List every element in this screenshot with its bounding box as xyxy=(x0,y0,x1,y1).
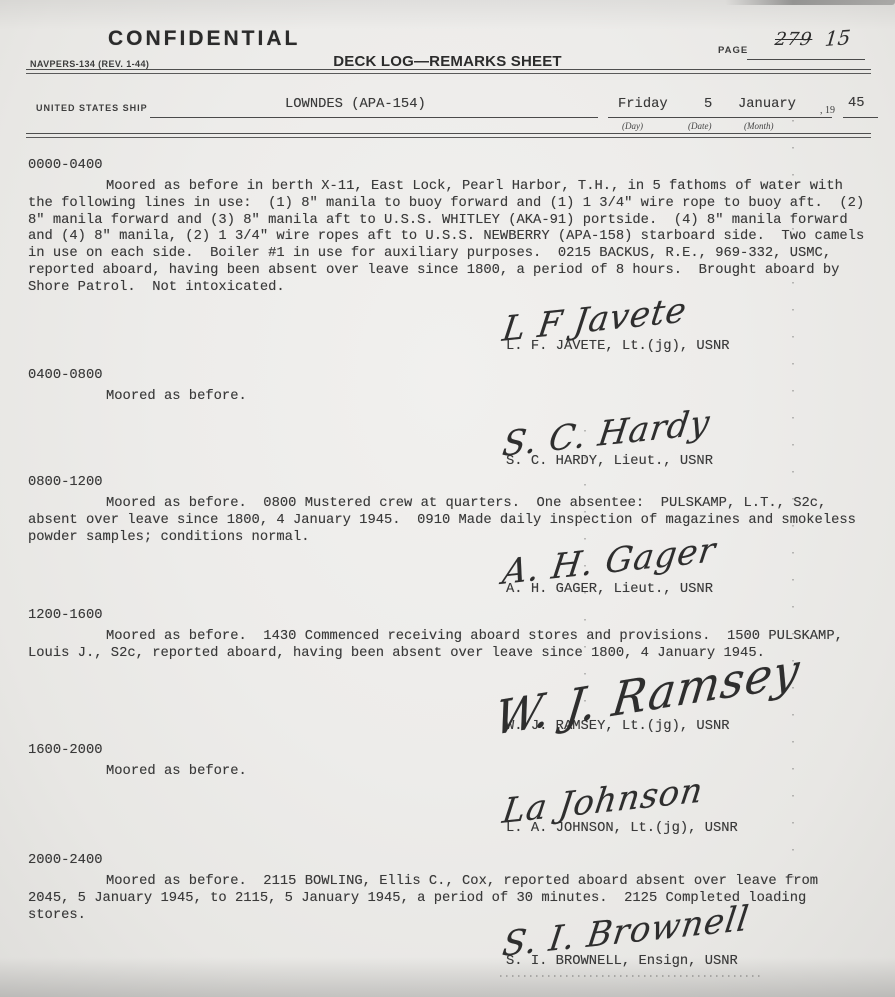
day-column-label: (Day) xyxy=(622,121,643,131)
header-rule xyxy=(26,69,871,74)
signature-block: A. H. Gager A. H. GAGER, Lieut., USNR xyxy=(506,582,886,597)
classification-stamp: CONFIDENTIAL xyxy=(108,27,300,51)
log-entry: 1600-2000 Moored as before. La Johnson L… xyxy=(28,743,875,836)
entry-text: Moored as before. xyxy=(28,389,875,406)
signature-block: L F Javete L. F. JAVETE, Lt.(jg), USNR xyxy=(506,339,886,354)
entry-time-range: 0400-0800 xyxy=(28,368,875,383)
entry-time-range: 2000-2400 xyxy=(28,853,875,868)
signature-block: S. C. Hardy S. C. HARDY, Lieut., USNR xyxy=(506,454,886,469)
log-entry: 2000-2400 Moored as before. 2115 BOWLING… xyxy=(28,853,875,969)
log-entry: 1200-1600 Moored as before. 1430 Commenc… xyxy=(28,608,875,734)
entry-time-range: 1200-1600 xyxy=(28,608,875,623)
entry-text-line: powder samples; conditions normal. xyxy=(28,530,875,547)
signature-block: S. I. Brownell S. I. BROWNELL, Ensign, U… xyxy=(506,954,886,969)
entry-text-line: Moored as before. 2115 BOWLING, Ellis C.… xyxy=(28,874,875,891)
entry-text-line: 8" manila forward and (3) 8" manila aft … xyxy=(28,213,875,230)
page-number-struck: 279 xyxy=(774,29,814,50)
entry-text-line: and (4) 8" manila, (2) 1 3/4" wire ropes… xyxy=(28,229,875,246)
signature-block: W. J. Ramsey W. J. RAMSEY, Lt.(jg), USNR xyxy=(506,719,886,734)
scan-smudge xyxy=(725,0,895,5)
date-column-label: (Date) xyxy=(688,121,712,131)
sheet-title: DECK LOG—REMARKS SHEET xyxy=(0,53,895,70)
log-entry: 0800-1200 Moored as before. 0800 Mustere… xyxy=(28,475,875,597)
entry-text-line: Moored as before in berth X-11, East Loc… xyxy=(28,179,875,196)
entry-text-line: Moored as before. xyxy=(28,389,875,406)
year-underline xyxy=(843,117,878,118)
ship-label: UNITED STATES SHIP xyxy=(36,103,148,113)
ship-underline xyxy=(150,117,598,118)
page-number-handwritten: 15 xyxy=(824,25,852,51)
signature-block: La Johnson L. A. JOHNSON, Lt.(jg), USNR xyxy=(506,821,886,836)
entry-text-line: Shore Patrol. Not intoxicated. xyxy=(28,280,875,297)
ship-name: LOWNDES (APA-154) xyxy=(285,97,426,112)
entry-text-line: Moored as before. xyxy=(28,764,875,781)
entry-text: Moored as before in berth X-11, East Loc… xyxy=(28,179,875,297)
entry-text-line: reported aboard, having been absent over… xyxy=(28,263,875,280)
date-value: 5 xyxy=(704,97,712,112)
year-value: 45 xyxy=(848,96,865,111)
entry-time-range: 0000-0400 xyxy=(28,158,875,173)
day-value: Friday xyxy=(618,97,668,112)
entry-text-line: the following lines in use: (1) 8" manil… xyxy=(28,196,875,213)
entry-text-line: Moored as before. 1430 Commenced receivi… xyxy=(28,629,875,646)
entry-text-line: absent over leave since 1800, 4 January … xyxy=(28,513,875,530)
entry-text: Moored as before. xyxy=(28,764,875,781)
deck-log-remarks-sheet: CONFIDENTIAL PAGE 279 15 NAVPERS-134 (RE… xyxy=(0,0,895,997)
year-prefix: , 19 xyxy=(820,105,835,116)
month-column-label: (Month) xyxy=(744,121,774,131)
ship-row-rule xyxy=(26,133,871,138)
entry-text-line: in use on each side. Boiler #1 in use fo… xyxy=(28,246,875,263)
month-value: January xyxy=(738,97,796,112)
scan-artifact-dots xyxy=(500,975,762,977)
log-entry: 0000-0400 Moored as before in berth X-11… xyxy=(28,158,875,354)
entry-text: Moored as before. 0800 Mustered crew at … xyxy=(28,496,875,546)
entry-text-line: Moored as before. 0800 Mustered crew at … xyxy=(28,496,875,513)
entry-time-range: 1600-2000 xyxy=(28,743,875,758)
log-entry: 0400-0800 Moored as before. S. C. Hardy … xyxy=(28,368,875,469)
date-underline xyxy=(608,117,832,118)
entry-time-range: 0800-1200 xyxy=(28,475,875,490)
